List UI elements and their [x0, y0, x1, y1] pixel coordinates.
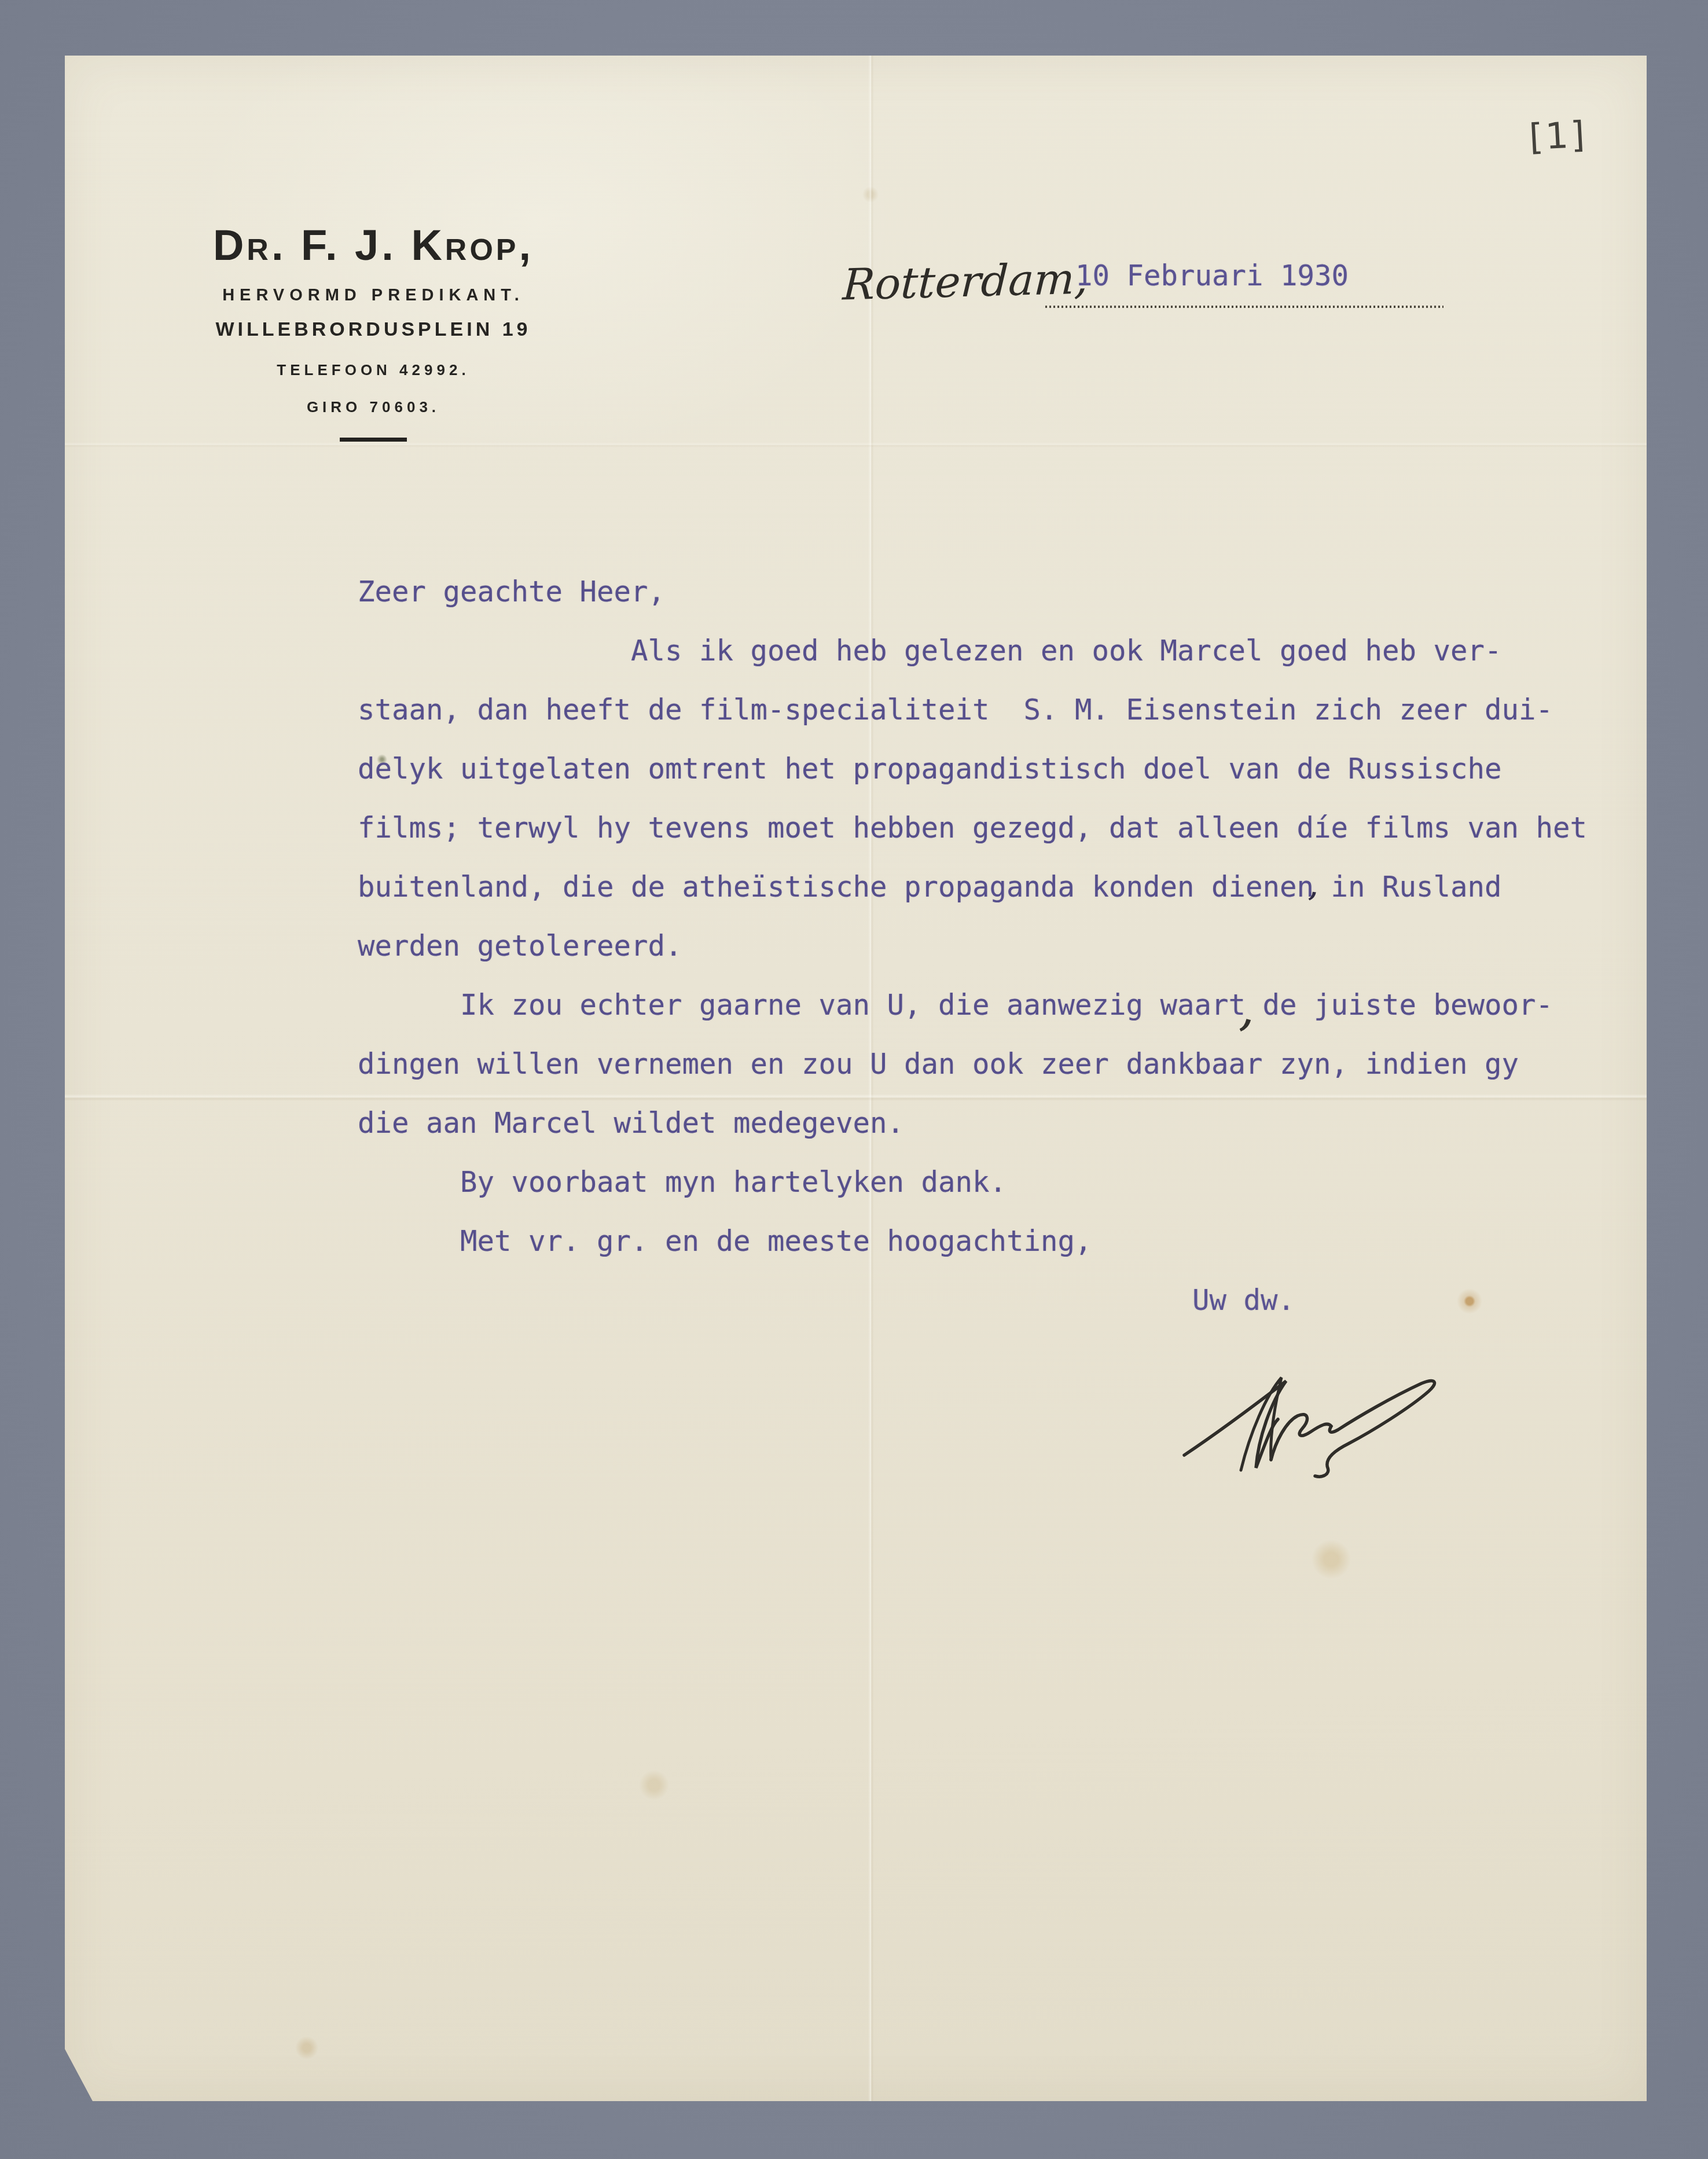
typed-line: Als ik goed heb gelezen en ook Marcel go…: [358, 622, 1631, 681]
scanned-letter-screenshot: Dr. F. J. Krop, HERVORMD PREDIKANT. WILL…: [0, 0, 1708, 2159]
letterhead-address: WILLEBRORDUSPLEIN 19: [200, 318, 547, 340]
typed-line: Met vr. gr. en de meeste hoogachting,: [358, 1212, 1631, 1271]
typed-line: Ik zou echter gaarne van U, die aanwezig…: [358, 976, 1631, 1035]
typed-line: delyk uitgelaten omtrent het propagandis…: [358, 740, 1631, 799]
typed-line: films; terwyl hy tevens moet hebben geze…: [358, 799, 1631, 858]
dateline-dotted-rule: [1045, 306, 1443, 308]
typed-line: die aan Marcel wildet medegeven.: [358, 1094, 1631, 1153]
letterhead-role: HERVORMD PREDIKANT.: [200, 286, 547, 304]
valediction: Uw dw.: [1192, 1271, 1295, 1330]
letterhead: Dr. F. J. Krop, HERVORMD PREDIKANT. WILL…: [200, 221, 547, 442]
letterhead-giro: GIRO 70603.: [200, 398, 547, 416]
handwritten-signature-scrawl: [1178, 1357, 1456, 1490]
letterhead-telephone: TELEFOON 42992.: [200, 361, 547, 379]
typed-line: dingen willen vernemen en zou U dan ook …: [358, 1035, 1631, 1094]
dateline-typed-date: 10 Februari 1930: [1075, 259, 1349, 292]
typed-line: buitenland, die de atheïstische propagan…: [358, 858, 1631, 917]
typed-line: staan, dan heeft de film-specialiteit S.…: [358, 681, 1631, 740]
typed-line: By voorbaat myn hartelyken dank.: [358, 1153, 1631, 1212]
horizontal-fold-crease-faint: [65, 442, 1647, 447]
typed-letter-body: Zeer geachte Heer,Als ik goed heb geleze…: [358, 563, 1631, 1271]
typed-line: Zeer geachte Heer,: [358, 563, 1631, 622]
letterhead-name: Dr. F. J. Krop,: [200, 221, 547, 270]
typed-line: werden getolereerd.: [358, 917, 1631, 976]
handwritten-page-number: [1]: [1528, 113, 1588, 158]
dateline-city-script: Rotterdam,: [842, 254, 1089, 310]
letterhead-rule: [340, 438, 407, 442]
